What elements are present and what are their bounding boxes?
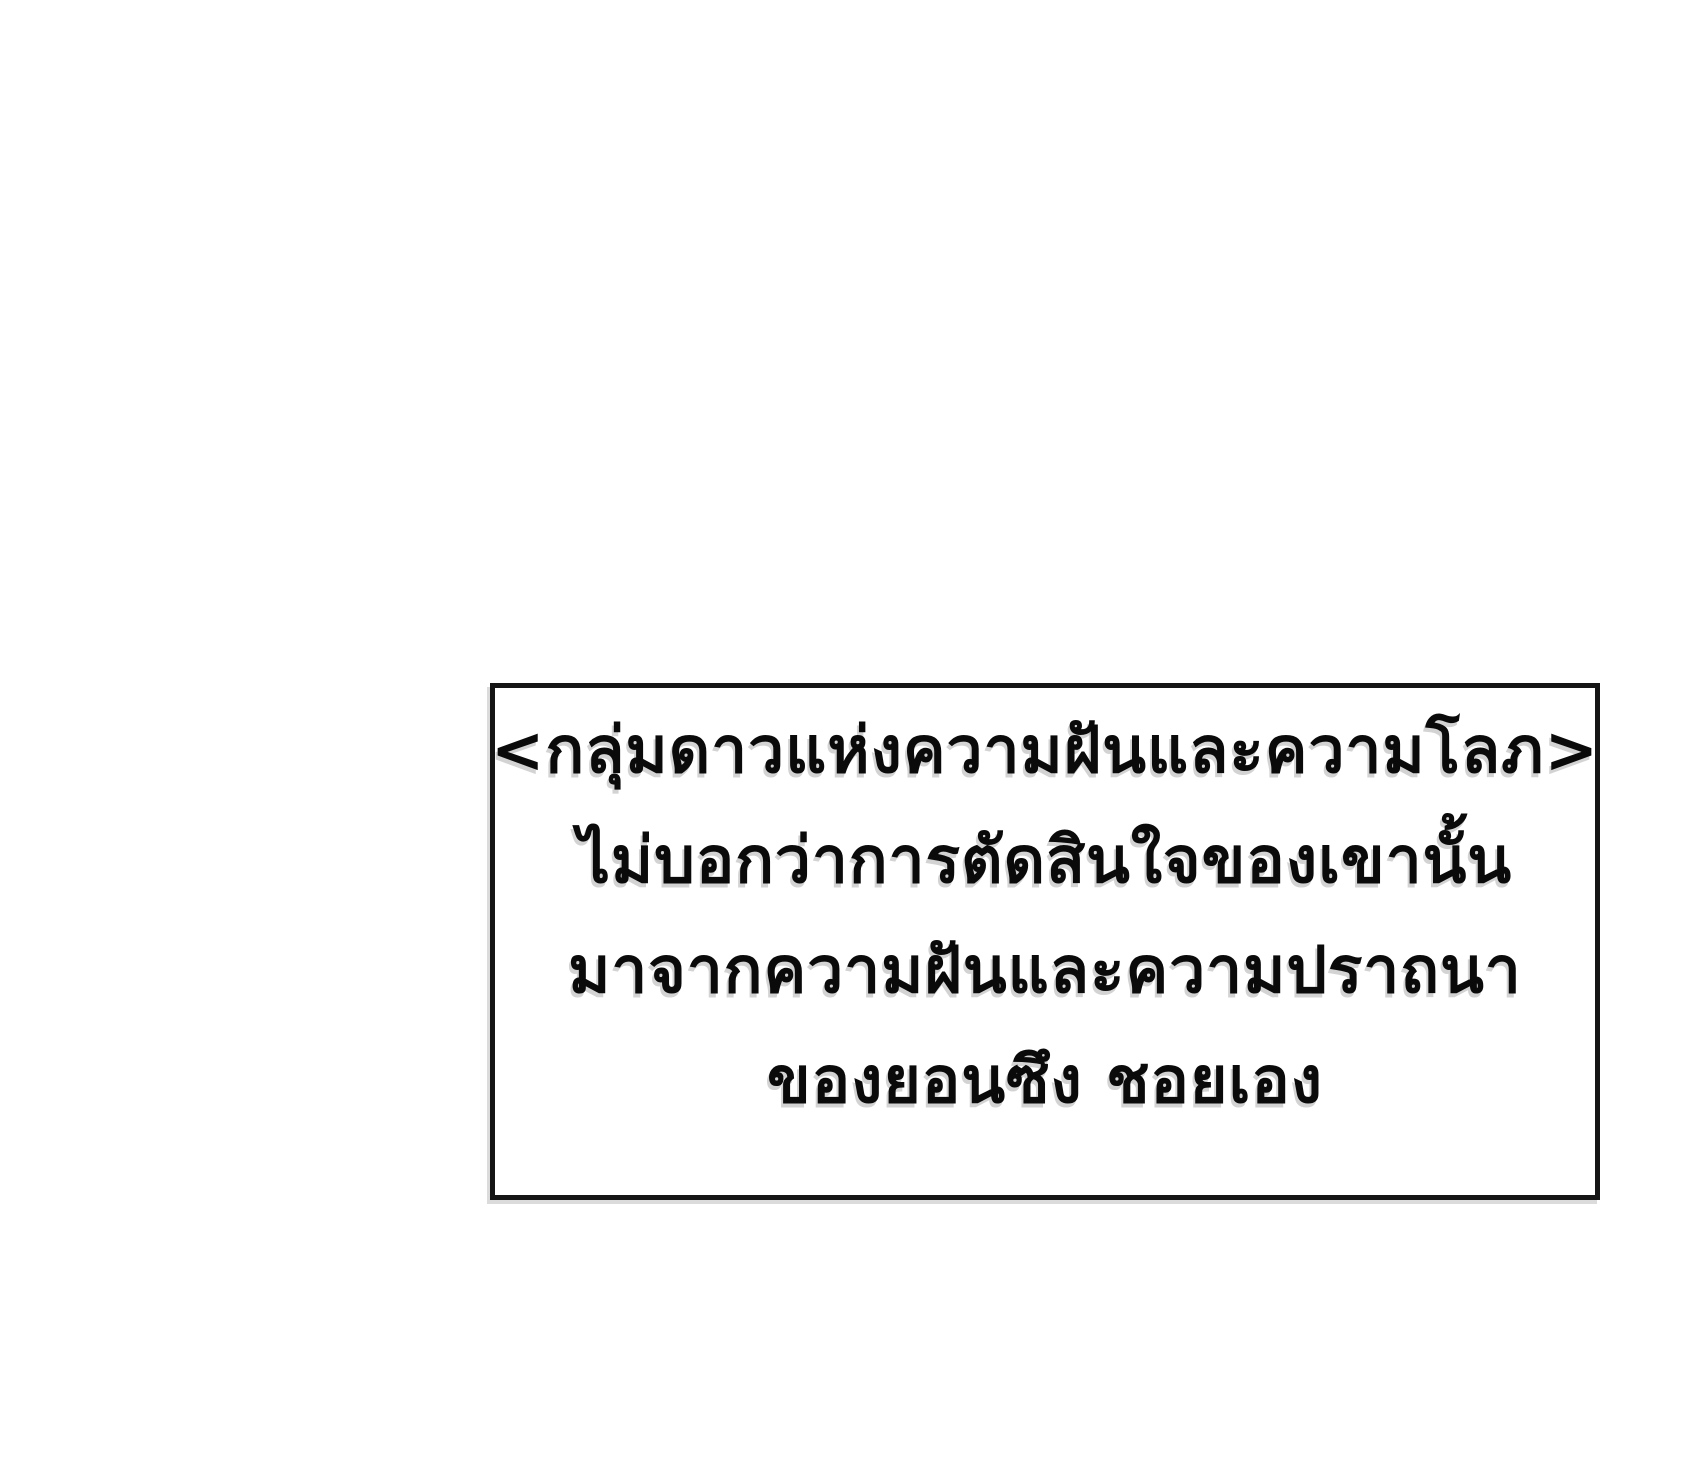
comic-page: <กลุ่มดาวแห่งความฝันและความโลภ> ไม่บอกว่… <box>0 0 1703 1475</box>
caption-line-4: ของยอนซึง ชอยเอง <box>767 1026 1323 1136</box>
caption-line-1: <กลุ่มดาวแห่งความฝันและความโลภ> <box>491 696 1599 806</box>
caption-line-3: มาจากความฝันและความปราถนา <box>568 916 1522 1026</box>
caption-box: <กลุ่มดาวแห่งความฝันและความโลภ> ไม่บอกว่… <box>490 683 1600 1200</box>
caption-line-2: ไม่บอกว่าการตัดสินใจของเขานั้น <box>578 806 1512 916</box>
